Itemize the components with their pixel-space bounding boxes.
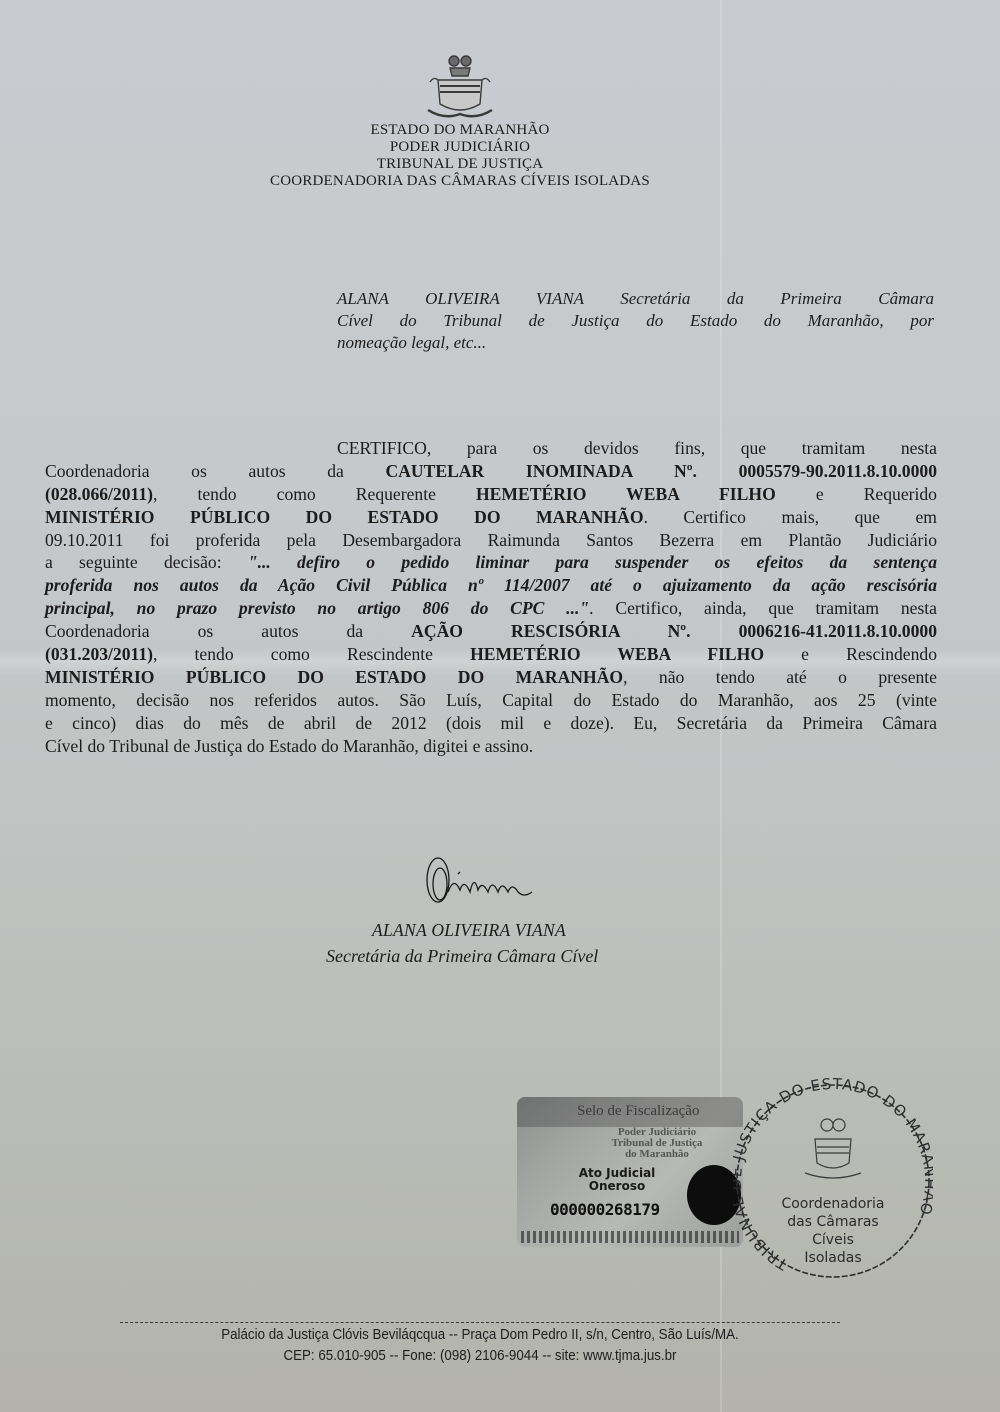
seal-security-border (521, 1231, 739, 1243)
handwritten-signature-icon (420, 852, 570, 912)
body-line: MINISTÉRIO PÚBLICO DO ESTADO DO MARANHÃO… (45, 666, 937, 689)
stamp-line: Cíveis (733, 1231, 933, 1249)
text: , tendo como Requerente (153, 484, 476, 504)
seal-title: Selo de Fiscalização (577, 1103, 699, 1120)
letterhead-power: PODER JUDICIÁRIO (200, 139, 720, 156)
party-requerente: HEMETÉRIO WEBA FILHO (476, 484, 776, 504)
case-number-rescisoria: AÇÃO RESCISÓRIA Nº. 0006216-41.2011.8.10… (411, 621, 937, 641)
intro-line: Cível do Tribunal de Justiça do Estado d… (337, 310, 934, 332)
body-line: principal, no prazo previsto no artigo 8… (45, 597, 937, 620)
body-line: e cinco) dias do mês de abril de 2012 (d… (45, 712, 937, 735)
case-number-cautelar: CAUTELAR INOMINADA Nº. 0005579-90.2011.8… (385, 461, 937, 481)
decision-quote: principal, no prazo previsto no artigo 8… (45, 598, 589, 618)
text: . Certifico, ainda, que tramitam nesta (589, 598, 937, 618)
coat-of-arms-maranhao-icon (424, 52, 496, 122)
text: , não tendo até o presente (623, 667, 937, 687)
text: e Rescindendo (764, 644, 937, 664)
intro-line: ALANA OLIVEIRA VIANA Secretária da Prime… (337, 288, 934, 310)
intro-paragraph: ALANA OLIVEIRA VIANA Secretária da Prime… (337, 288, 934, 354)
letterhead: ESTADO DO MARANHÃO PODER JUDICIÁRIO TRIB… (200, 122, 720, 190)
body-line: Coordenadoria os autos da AÇÃO RESCISÓRI… (45, 620, 937, 643)
body-line: MINISTÉRIO PÚBLICO DO ESTADO DO MARANHÃO… (45, 506, 937, 529)
body-line: Cível do Tribunal de Justiça do Estado d… (45, 735, 937, 758)
stamp-line: Isoladas (733, 1249, 933, 1267)
stamp-line: Coordenadoria (733, 1195, 933, 1213)
signatory-title: Secretária da Primeira Câmara Cível (326, 946, 598, 967)
case-ref-cautelar: (028.066/2011) (45, 484, 153, 504)
letterhead-court: TRIBUNAL DE JUSTIÇA (200, 156, 720, 173)
footer-line-contact: CEP: 65.010-905 -- Fone: (098) 2106-9044… (130, 1346, 829, 1367)
fiscal-seal: Selo de Fiscalização Poder Judiciário Tr… (517, 1097, 743, 1247)
certificate-body: CERTIFICO, para os devidos fins, que tra… (45, 437, 937, 757)
text: e Requerido (776, 484, 937, 504)
intro-line: nomeação legal, etc... (337, 332, 934, 354)
text: Coordenadoria os autos da (45, 461, 385, 481)
decision-quote: proferida nos autos da Ação Civil Públic… (45, 574, 937, 597)
decision-quote: "... defiro o pedido liminar para suspen… (248, 552, 937, 572)
case-ref-rescisoria: (031.203/2011) (45, 644, 153, 664)
text: Coordenadoria os autos da (45, 621, 411, 641)
footer-address: Palácio da Justiça Clóvis Beviláqcqua --… (130, 1325, 829, 1367)
body-line: (028.066/2011), tendo como Requerente HE… (45, 483, 937, 506)
signatory-name: ALANA OLIVEIRA VIANA (372, 920, 566, 941)
body-line: momento, decisão nos referidos autos. Sã… (45, 689, 937, 712)
round-stamp: TRIBUNAL DE JUSTIÇA DO ESTADO DO MARANHÃ… (733, 1077, 933, 1289)
text: . Certifico mais, que em (644, 507, 937, 527)
seal-act-type: Ato Judicial Oneroso (552, 1167, 682, 1193)
footer-divider (120, 1322, 840, 1323)
text: a seguinte decisão: (45, 552, 248, 572)
body-line: 09.10.2011 foi proferida pela Desembarga… (45, 529, 937, 552)
body-line: (031.203/2011), tendo como Rescindente H… (45, 643, 937, 666)
letterhead-state: ESTADO DO MARANHÃO (200, 122, 720, 139)
stamp-center-text: Coordenadoria das Câmaras Cíveis Isolada… (733, 1195, 933, 1267)
party-rescindente: HEMETÉRIO WEBA FILHO (470, 644, 764, 664)
party-rescindendo: MINISTÉRIO PÚBLICO DO ESTADO DO MARANHÃO (45, 667, 623, 687)
seal-act-line: Oneroso (552, 1180, 682, 1193)
body-line: CERTIFICO, para os devidos fins, que tra… (45, 437, 937, 460)
text: , tendo como Rescindente (153, 644, 470, 664)
letterhead-department: COORDENADORIA DAS CÂMARAS CÍVEIS ISOLADA… (200, 173, 720, 190)
seal-org: Poder Judiciário Tribunal de Justiça do … (597, 1127, 717, 1160)
party-requerido: MINISTÉRIO PÚBLICO DO ESTADO DO MARANHÃO (45, 507, 644, 527)
stamp-line: das Câmaras (733, 1213, 933, 1231)
body-line: Coordenadoria os autos da CAUTELAR INOMI… (45, 460, 937, 483)
seal-number: 000000268179 (550, 1200, 660, 1219)
seal-org-line: do Maranhão (597, 1149, 717, 1160)
footer-line-address: Palácio da Justiça Clóvis Beviláqcqua --… (130, 1325, 829, 1346)
body-line: a seguinte decisão: "... defiro o pedido… (45, 551, 937, 574)
